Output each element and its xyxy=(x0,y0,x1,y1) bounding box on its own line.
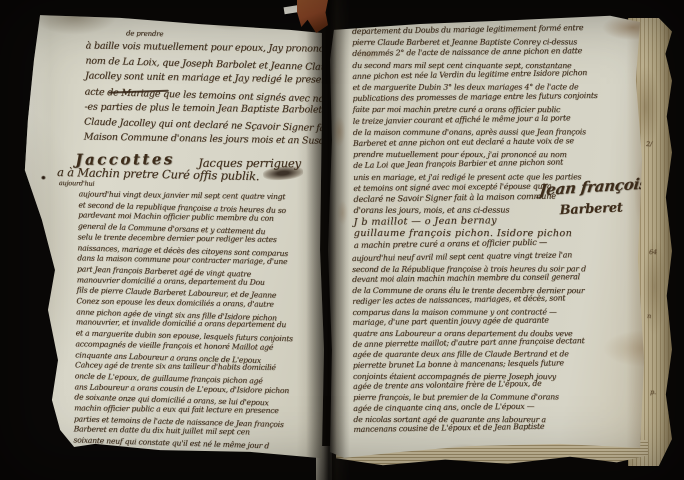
manuscript-line: agée de cinquante cinq ans, oncle de L'é… xyxy=(353,401,587,415)
manuscript-line: 2/ xyxy=(646,140,652,148)
manuscript-line: devant moi alain machin machin membre du… xyxy=(352,273,586,287)
manuscript-line: p. xyxy=(650,388,656,396)
archival-book-scan: de prendre à baille vois mutuellement po… xyxy=(0,0,684,480)
left-page-content: de prendre à baille vois mutuellement po… xyxy=(20,12,324,460)
manuscript-line: n xyxy=(647,312,651,320)
right-page-second-act-text: aujourd'hui neuf avril mil sept cent qua… xyxy=(352,252,587,436)
fore-edge-margin-marks: 2/64np. xyxy=(644,130,674,420)
ink-speck xyxy=(41,176,46,180)
signature-barberet: Barberet xyxy=(559,200,623,218)
spine-leather-tab xyxy=(297,0,328,33)
right-page-act-text: departement du Doubs du mariage legitime… xyxy=(352,24,598,194)
manuscript-line: departement du Doubs du mariage legitime… xyxy=(352,22,597,37)
manuscript-line: Barberet et anne pichon ont eut declaré … xyxy=(353,135,598,149)
manuscript-line: J b maillot — o Jean bernay xyxy=(354,214,573,228)
manuscript-line: mariage, d'une part quentin jouvy agée d… xyxy=(352,315,586,329)
right-page: departement du Doubs du mariage legitime… xyxy=(326,14,656,466)
left-page: de prendre à baille vois mutuellement po… xyxy=(20,12,324,460)
right-page-closing-text: declaré ne Savoir Signer fait à la maiso… xyxy=(353,192,572,251)
margin-word: aujourd'hui xyxy=(59,179,95,188)
manuscript-line: pierrette brunet La bonne à mancenans; l… xyxy=(353,358,587,372)
right-page-content: departement du Doubs du mariage legitime… xyxy=(326,14,656,466)
left-page-act-text: aujourd'hui vingt deux janvier mil sept … xyxy=(73,189,296,450)
edge-ink-blot xyxy=(151,450,161,458)
manuscript-line: dénommés 2° de l'acte de naissance de an… xyxy=(352,45,597,59)
left-page-opening-text: à baille vois mutuellement pour epoux, J… xyxy=(84,39,324,151)
manuscript-line: aujourd'hui neuf avril mil sept cent qua… xyxy=(352,250,586,265)
manuscript-line: de La Loi que Jean françois Barbier et a… xyxy=(353,156,598,171)
manuscript-line: Maison Commune d'onans les jours mois et… xyxy=(84,130,324,150)
manuscript-line: agée de trente ans volontaire frère de L… xyxy=(353,379,587,394)
manuscript-line: mancenans cousine de L'époux et de Jean … xyxy=(353,421,587,436)
manuscript-line: publications des promesses de mariage en… xyxy=(352,90,597,104)
manuscript-line: 64 xyxy=(649,248,657,256)
inserted-word: de prendre xyxy=(126,29,163,38)
